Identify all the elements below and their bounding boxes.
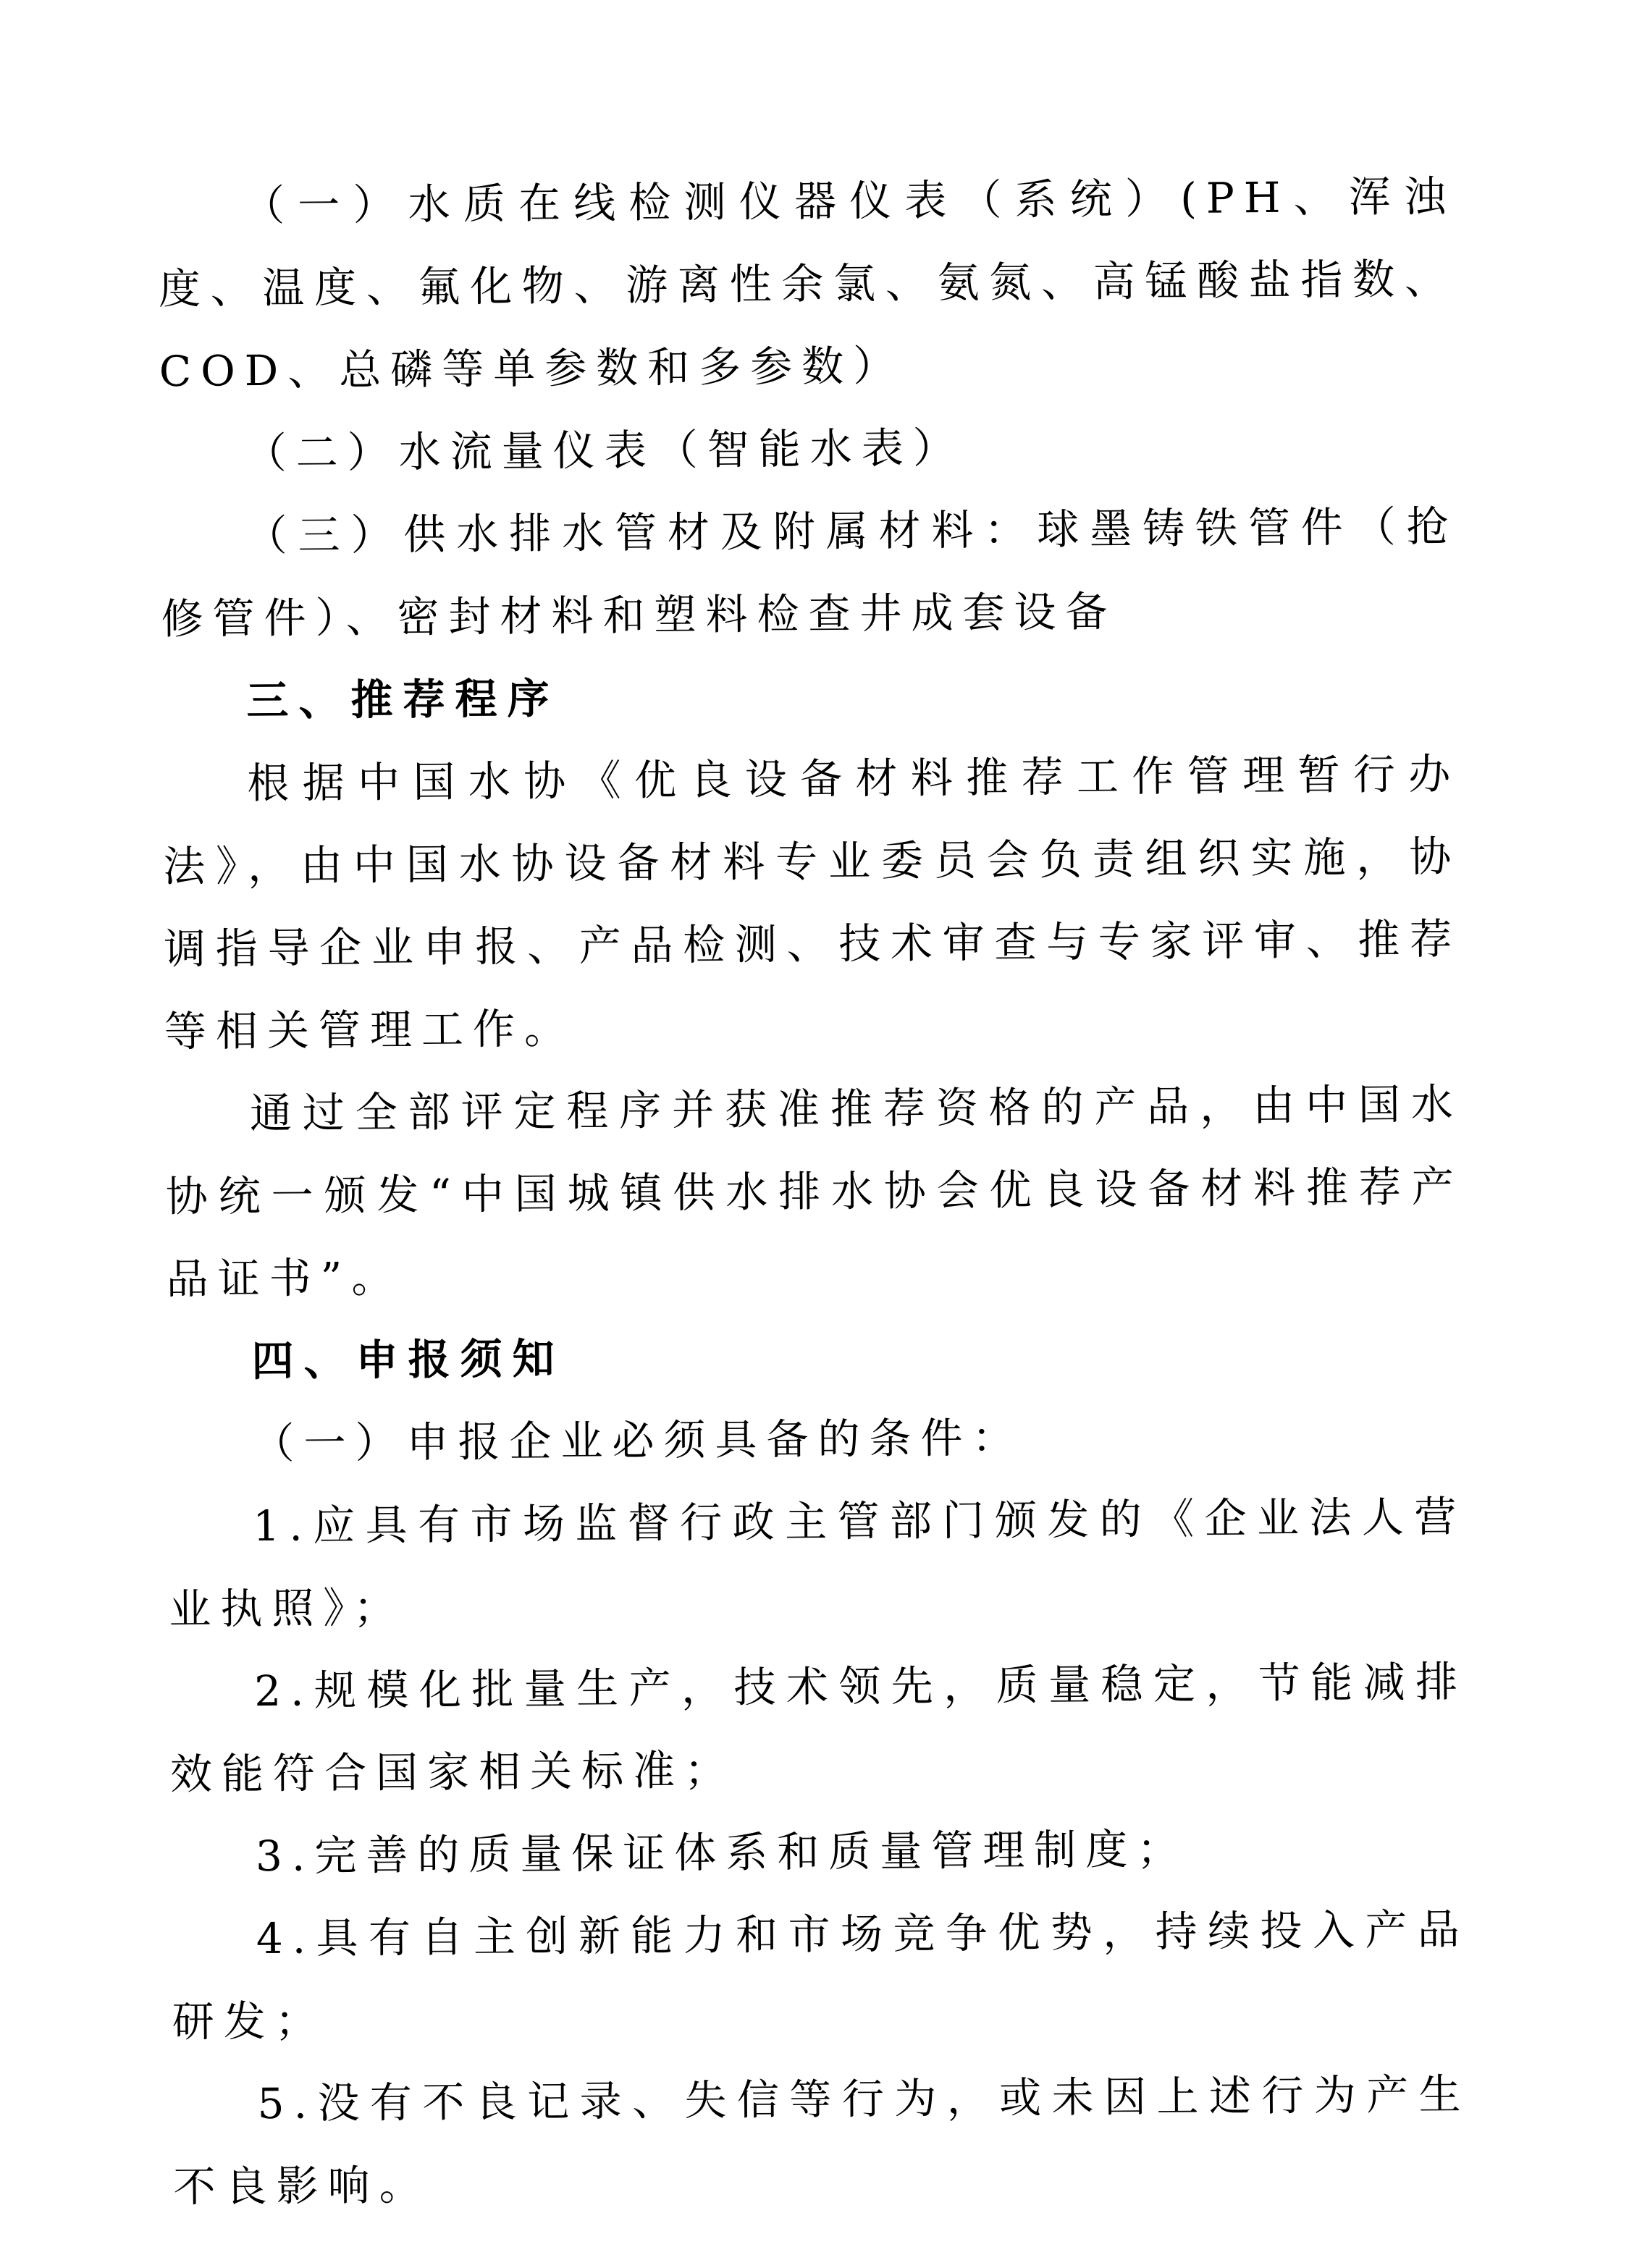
document-page: （一）水质在线检测仪器仪表（系统）(PH、浑浊度、温度、氟化物、游离性余氯、氨氮… xyxy=(0,0,1637,2268)
document-body: （一）水质在线检测仪器仪表（系统）(PH、浑浊度、温度、氟化物、游离性余氯、氨氮… xyxy=(158,155,1471,2228)
condition-2-mass-production: 2.规模化批量生产，技术领先，质量稳定，节能减排效能符合国家相关标准； xyxy=(169,1640,1468,1816)
condition-1-business-license: 1.应具有市场监督行政主管部门颁发的《企业法人营业执照》； xyxy=(168,1475,1467,1651)
section-heading-application-notes: 四、申报须知 xyxy=(167,1310,1465,1403)
section-heading-recommendation-procedure: 三、推荐程序 xyxy=(161,650,1460,743)
item-water-quality-instruments: （一）水质在线检测仪器仪表（系统）(PH、浑浊度、温度、氟化物、游离性余氯、氨氮… xyxy=(158,155,1457,413)
paragraph-certificate-issuance: 通过全部评定程序并获准推荐资格的产品，由中国水协统一颁发“中国城镇供水排水协会优… xyxy=(164,1063,1464,1320)
paragraph-procedure-basis: 根据中国水协《优良设备材料推荐工作管理暂行办法》，由中国水协设备材料专业委员会负… xyxy=(162,733,1463,1073)
condition-3-quality-system: 3.完善的质量保证体系和质量管理制度； xyxy=(171,1805,1469,1898)
item-pipe-materials: （三）供水排水管材及附属材料：球墨铸铁管件（抢修管件）、密封材料和塑料检查井成套… xyxy=(160,485,1459,660)
item-water-flow-meters: （二）水流量仪表（智能水表） xyxy=(159,402,1457,495)
condition-4-innovation: 4.具有自主创新能力和市场竞争优势，持续投入产品研发； xyxy=(171,1888,1470,2063)
paragraph-enterprise-conditions-intro: （一）申报企业必须具备的条件： xyxy=(167,1393,1465,1485)
condition-5-no-bad-records: 5.没有不良记录、失信等行为，或未因上述行为产生不良影响。 xyxy=(172,2053,1471,2228)
